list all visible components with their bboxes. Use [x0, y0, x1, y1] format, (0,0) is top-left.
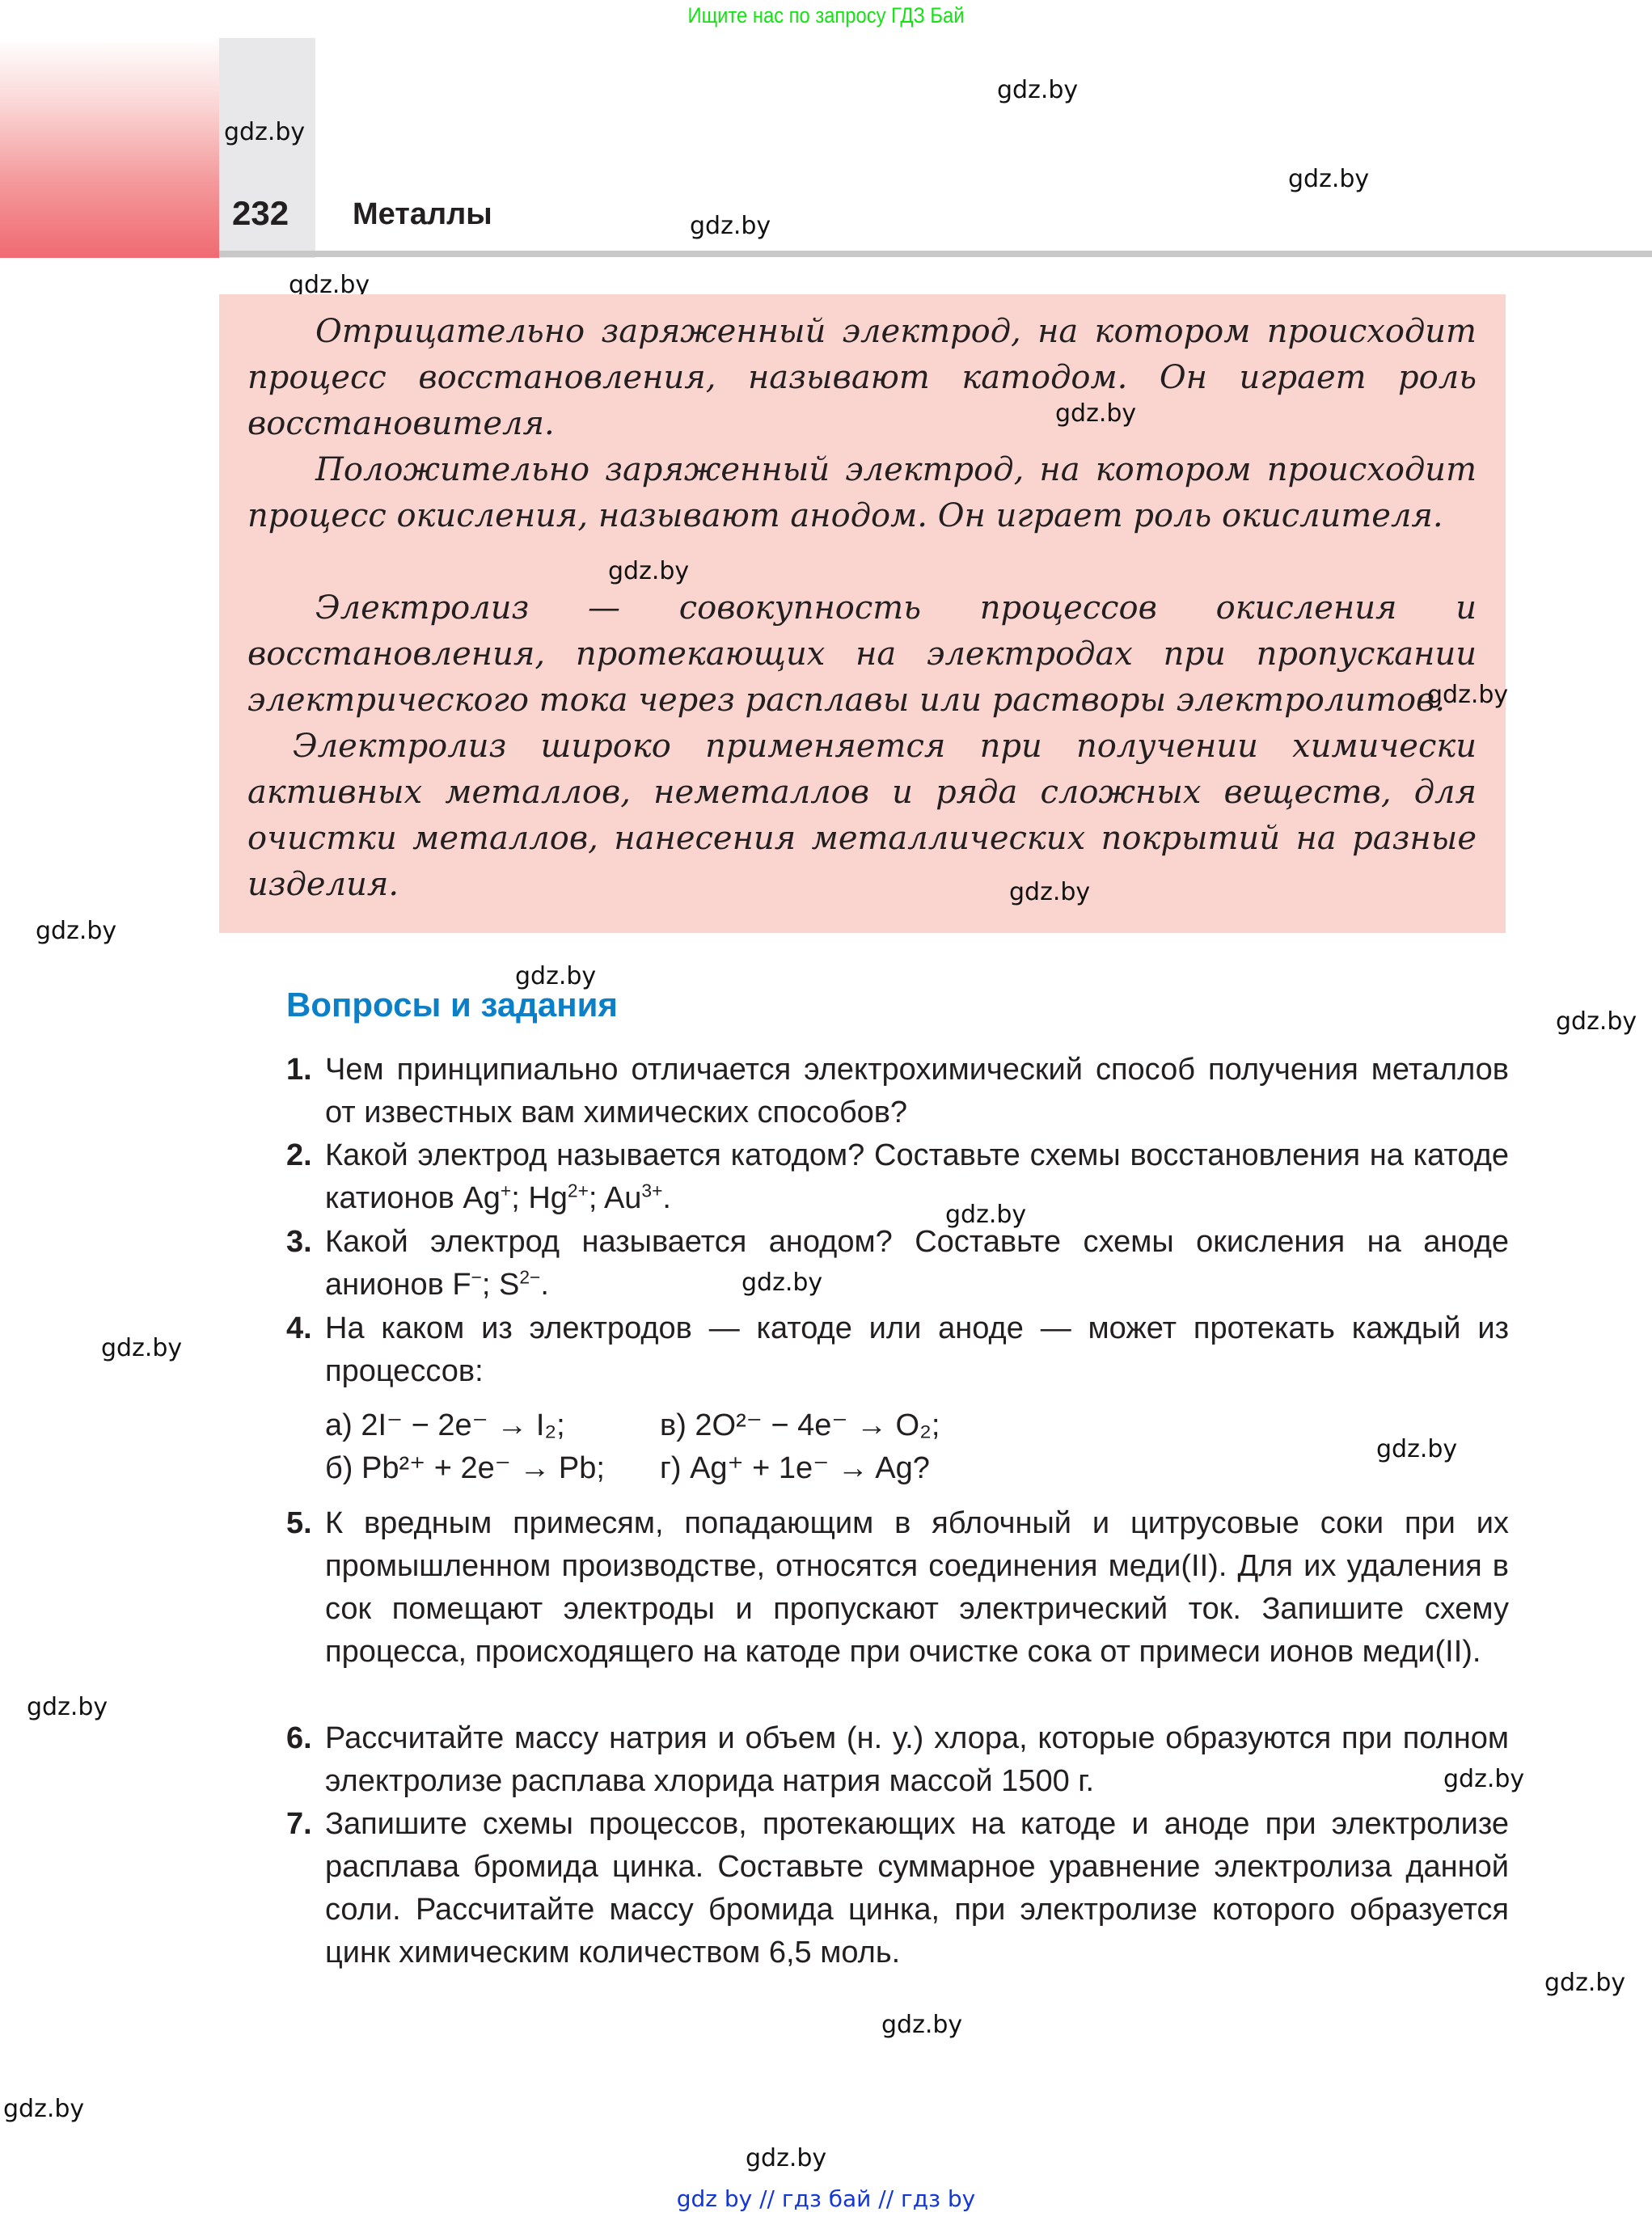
- process-b: б) Pb²⁺ + 2e⁻ → Pb;: [325, 1451, 605, 1485]
- question-number: 3.: [286, 1221, 312, 1264]
- process-a: а) 2I⁻ − 2e⁻ → I₂;: [325, 1408, 565, 1442]
- watermark: gdz.by: [997, 76, 1078, 104]
- watermark: gdz.by: [1544, 1969, 1625, 1997]
- watermark: gdz.by: [1288, 165, 1369, 193]
- watermark: gdz.by: [741, 1269, 822, 1297]
- search-banner: Ищите нас по запросу ГДЗ Бай: [99, 3, 1553, 28]
- question-5: 5. К вредным примесям, попадающим в ябло…: [286, 1502, 1509, 1674]
- question-number: 4.: [286, 1307, 312, 1350]
- process-g: г) Ag⁺ + 1e⁻ → Ag?: [660, 1447, 930, 1490]
- chapter-title: Металлы: [353, 197, 492, 232]
- watermark: gdz.by: [224, 118, 305, 146]
- question-7: 7. Запишите схемы процессов, протекающих…: [286, 1803, 1509, 1974]
- watermark: gdz.by: [36, 917, 116, 945]
- definition-anode: Положительно заряженный электрод, на кот…: [247, 447, 1477, 539]
- page-edge-decoration: [0, 38, 219, 258]
- watermark: gdz.by: [608, 557, 689, 585]
- watermark: gdz.by: [1427, 681, 1508, 709]
- watermark: gdz.by: [746, 2144, 826, 2172]
- question-number: 6.: [286, 1717, 312, 1760]
- question-text: Какой электрод называется катодом? Соста…: [325, 1134, 1509, 1220]
- watermark: gdz.by: [1556, 1007, 1637, 1036]
- watermark: gdz.by: [881, 2011, 962, 2039]
- watermark: gdz.by: [945, 1201, 1026, 1229]
- question-text: Рассчитайте массу натрия и объем (н. у.)…: [325, 1717, 1509, 1803]
- watermark: gdz.by: [1055, 399, 1136, 428]
- question-number: 5.: [286, 1502, 312, 1545]
- footer-links[interactable]: gdz by // гдз бай // гдз by: [0, 2185, 1652, 2212]
- watermark: gdz.by: [690, 212, 771, 240]
- watermark: gdz.by: [1376, 1435, 1457, 1463]
- section-heading: Вопросы и задания: [286, 986, 618, 1024]
- question-6: 6. Рассчитайте массу натрия и объем (н. …: [286, 1717, 1509, 1803]
- question-number: 1.: [286, 1049, 312, 1091]
- definition-electrolysis: Электролиз — совокупность процессов окис…: [247, 585, 1477, 724]
- header-divider: [219, 251, 1652, 257]
- watermark: gdz.by: [1443, 1765, 1524, 1793]
- watermark: gdz.by: [27, 1693, 108, 1721]
- watermark: gdz.by: [1009, 878, 1090, 906]
- question-text: К вредным примесям, попадающим в яблочны…: [325, 1502, 1509, 1674]
- page-number: 232: [232, 194, 289, 233]
- question-text: На каком из электродов — катоде или анод…: [325, 1307, 1509, 1393]
- process-row-2: б) Pb²⁺ + 2e⁻ → Pb; г) Ag⁺ + 1e⁻ → Ag?: [325, 1447, 605, 1490]
- question-2: 2. Какой электрод называется катодом? Со…: [286, 1134, 1509, 1220]
- question-number: 2.: [286, 1134, 312, 1177]
- question-text: Чем принципиально отличается электрохими…: [325, 1049, 1509, 1134]
- question-4: 4. На каком из электродов — катоде или а…: [286, 1307, 1509, 1393]
- question-3: 3. Какой электрод называется анодом? Сос…: [286, 1221, 1509, 1307]
- question-text: Запишите схемы процессов, протекающих на…: [325, 1803, 1509, 1974]
- question-number: 7.: [286, 1803, 312, 1846]
- question-text: Какой электрод называется анодом? Состав…: [325, 1221, 1509, 1307]
- definition-applications: Электролиз широко применяется при получе…: [247, 724, 1477, 908]
- process-v: в) 2O²⁻ − 4e⁻ → O₂;: [660, 1404, 940, 1447]
- question-1: 1. Чем принципиально отличается электрох…: [286, 1049, 1509, 1134]
- watermark: gdz.by: [3, 2095, 84, 2123]
- process-row-1: а) 2I⁻ − 2e⁻ → I₂; в) 2O²⁻ − 4e⁻ → O₂;: [325, 1404, 565, 1447]
- definition-cathode: Отрицательно заряженный электрод, на кот…: [247, 309, 1477, 447]
- watermark: gdz.by: [101, 1334, 182, 1362]
